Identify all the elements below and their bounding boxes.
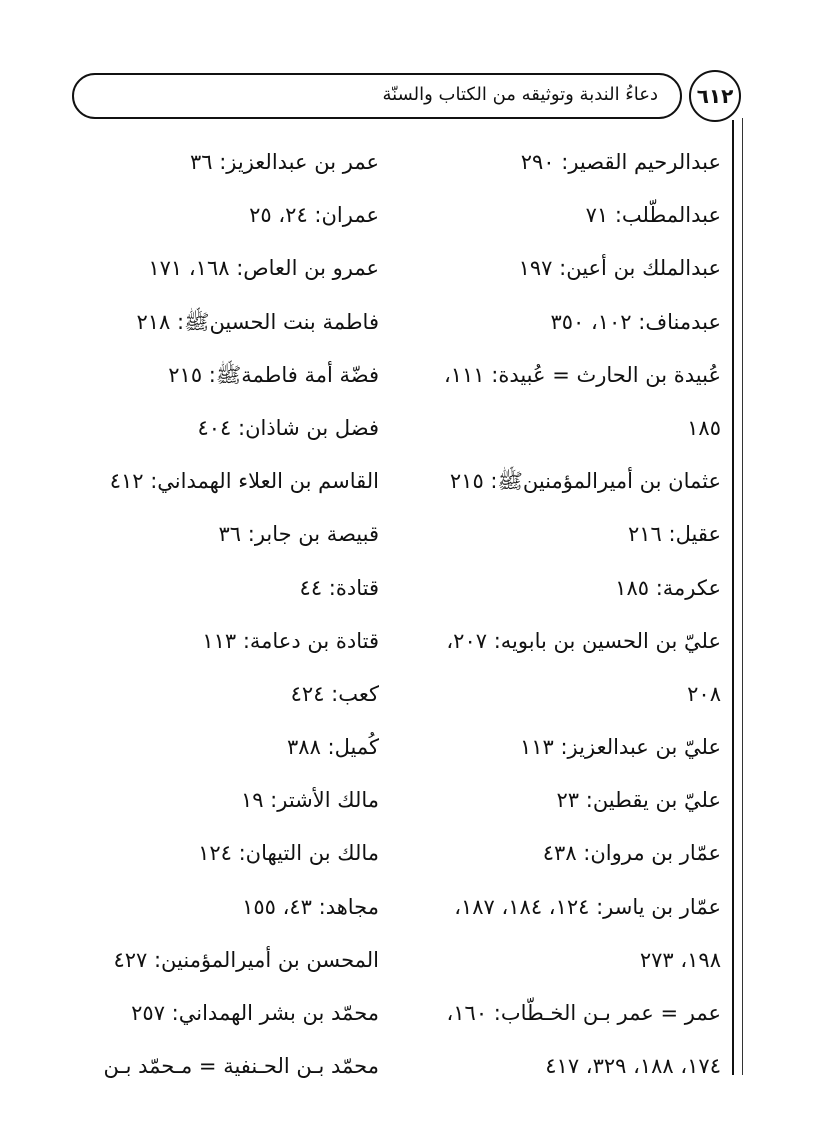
- index-entry: عمران: ٢٤، ٢٥: [49, 195, 379, 248]
- running-title: دعاءُ الندبة وتوثيقه من الكتاب والسنّة: [383, 84, 658, 105]
- index-entry: محمّد بن بشر الهمداني: ٢٥٧: [49, 993, 379, 1046]
- index-entry: عمرو بن العاص: ١٦٨، ١٧١: [49, 248, 379, 301]
- index-entry: عقيل: ٢١٦: [391, 514, 721, 567]
- index-entry: قتادة: ٤٤: [49, 568, 379, 621]
- index-entry: عبدالمطّلب: ٧١: [391, 195, 721, 248]
- index-entry: عُبيدة بن الحارث = عُبيدة: ١١١،: [391, 355, 721, 408]
- page-number: ٦١٢: [697, 84, 734, 108]
- index-entry: عبدالملك بن أعين: ١٩٧: [391, 248, 721, 301]
- index-entry-continuation: ١٨٥: [391, 408, 721, 461]
- margin-rule-thin: [742, 118, 743, 1075]
- index-entry: كُميل: ٣٨٨: [49, 727, 379, 780]
- index-entry: محمّد بـن الحـنفية = مـحمّد بـن: [49, 1046, 379, 1099]
- index-entry: فضّة أمة فاطمةﷺ: ٢١٥: [49, 355, 379, 408]
- index-entry-continuation: ١٧٤، ١٨٨، ٣٢٩، ٤١٧: [391, 1046, 721, 1099]
- margin-rule-thick: [732, 120, 734, 1075]
- index-entry: عمر = عمر بـن الخـطّاب: ١٦٠،: [391, 993, 721, 1046]
- index-entry: فضل بن شاذان: ٤٠٤: [49, 408, 379, 461]
- index-entry: عثمان بن أميرالمؤمنينﷺ: ٢١٥: [391, 461, 721, 514]
- running-header: دعاءُ الندبة وتوثيقه من الكتاب والسنّة: [72, 73, 682, 119]
- index-entry: فاطمة بنت الحسينﷺ: ٢١٨: [49, 302, 379, 355]
- index-entry: عليّ بن عبدالعزيز: ١١٣: [391, 727, 721, 780]
- index-entry: كعب: ٤٢٤: [49, 674, 379, 727]
- index-entry: قبيصة بن جابر: ٣٦: [49, 514, 379, 567]
- index-entry: عمر بن عبدالعزيز: ٣٦: [49, 142, 379, 195]
- index-column-right: عبدالرحيم القصير: ٢٩٠ عبدالمطّلب: ٧١ عبد…: [391, 142, 721, 1099]
- index-entry: مالك الأشتر: ١٩: [49, 780, 379, 833]
- index-entry: عكرمة: ١٨٥: [391, 568, 721, 621]
- index-entry: القاسم بن العلاء الهمداني: ٤١٢: [49, 461, 379, 514]
- index-entry: مجاهد: ٤٣، ١٥٥: [49, 887, 379, 940]
- index-entry: عمّار بن ياسر: ١٢٤، ١٨٤، ١٨٧،: [391, 887, 721, 940]
- index-entry-continuation: ١٩٨، ٢٧٣: [391, 940, 721, 993]
- index-entry: عمّار بن مروان: ٤٣٨: [391, 833, 721, 886]
- index-entry: عليّ بن يقطين: ٢٣: [391, 780, 721, 833]
- page-number-badge: ٦١٢: [689, 70, 741, 122]
- index-entry: عبدالرحيم القصير: ٢٩٠: [391, 142, 721, 195]
- index-entry: عليّ بن الحسين بن بابويه: ٢٠٧،: [391, 621, 721, 674]
- index-entry: عبدمناف: ١٠٢، ٣٥٠: [391, 302, 721, 355]
- index-entry: المحسن بن أميرالمؤمنين: ٤٢٧: [49, 940, 379, 993]
- index-entry: مالك بن التيهان: ١٢٤: [49, 833, 379, 886]
- index-entry: قتادة بن دعامة: ١١٣: [49, 621, 379, 674]
- index-entry-continuation: ٢٠٨: [391, 674, 721, 727]
- index-column-left: عمر بن عبدالعزيز: ٣٦ عمران: ٢٤، ٢٥ عمرو …: [49, 142, 379, 1099]
